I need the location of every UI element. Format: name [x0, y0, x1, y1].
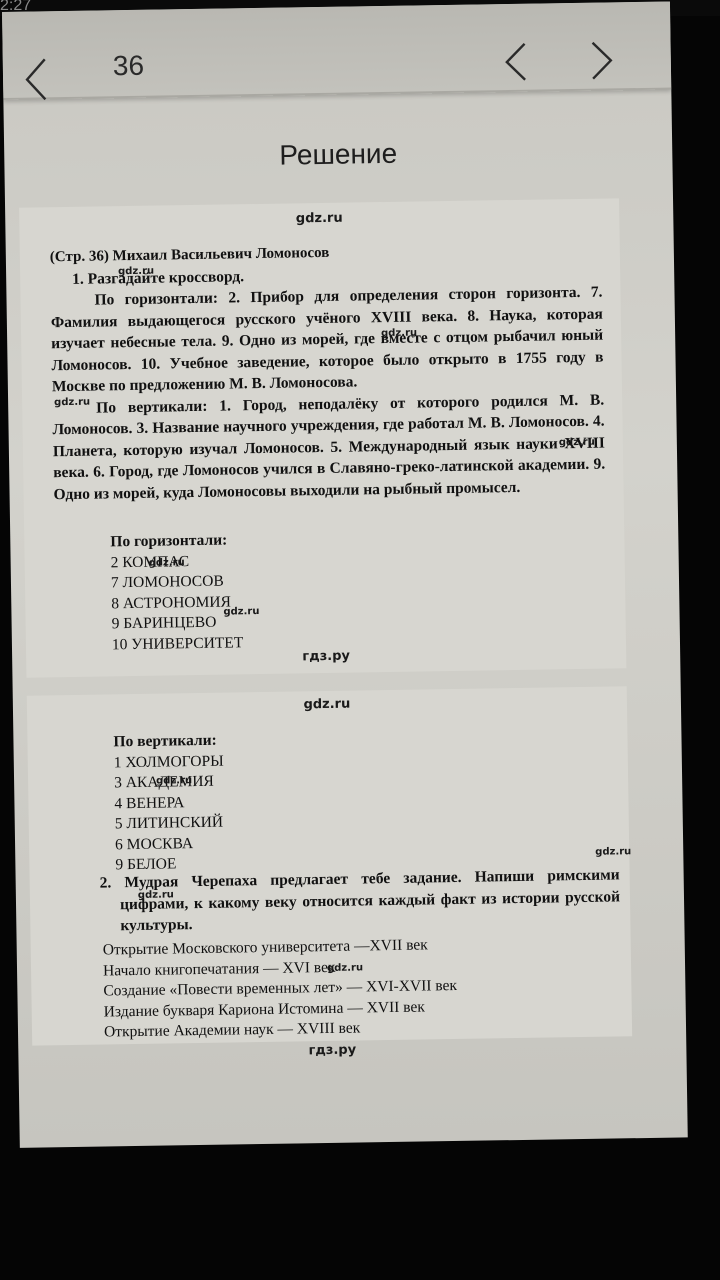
answer-item: 6 МОСКВА	[115, 833, 225, 855]
watermark-inline: gdz.ru	[156, 775, 192, 787]
watermark-inline: gdz.ru	[559, 437, 595, 449]
culture-facts: Открытие Московского университета —XVII …	[103, 935, 458, 1043]
page-number: 36	[113, 50, 145, 82]
watermark-top: gdz.ru	[19, 206, 619, 230]
answer-item: 7 ЛОМОНОСОВ	[111, 571, 243, 594]
answer-item: 4 ВЕНЕРА	[114, 792, 224, 814]
task-2-text: 2. Мудрая Черепаха предлагает тебе задан…	[100, 864, 621, 937]
watermark-inline: gdz.ru	[118, 266, 154, 278]
watermark-top: gdz.ru	[27, 692, 627, 716]
fact-item: Открытие Академии наук — XVIII век	[104, 1017, 458, 1043]
vertical-clues: По вертикали: 1. Город, неподалёку от ко…	[52, 389, 606, 505]
solution-image-1: gdz.ru (Стр. 36) Михаил Васильевич Ломон…	[19, 198, 626, 677]
chevron-left-icon	[496, 38, 537, 87]
answer-item: 1 ХОЛМОГОРЫ	[114, 751, 224, 773]
watermark-inline: gdz.ru	[138, 889, 174, 901]
section1-text: (Стр. 36) Михаил Васильевич Ломоносов 1.…	[50, 239, 606, 506]
watermark-inline: gdz.ru	[149, 557, 185, 569]
chevron-left-icon	[17, 55, 58, 104]
next-page-button[interactable]	[580, 36, 621, 85]
answer-item: 5 ЛИТИНСКИЙ	[115, 813, 225, 835]
app-bar: 36	[2, 2, 671, 100]
chevron-right-icon	[580, 36, 621, 85]
watermark-inline: gdz.ru	[381, 328, 417, 340]
solution-image-2: gdz.ru По вертикали: 1 ХОЛМОГОРЫ 3 АКАДЕ…	[27, 686, 632, 1045]
page-title: Решение	[4, 133, 672, 175]
vertical-answers: По вертикали: 1 ХОЛМОГОРЫ 3 АКАДЕМИЯ 4 В…	[113, 731, 225, 876]
horizontal-clues: По горизонтали: 2. Прибор для определени…	[50, 282, 604, 398]
reader-screen: 36 Решение gdz.ru (Стр. 36) Михаил Васил…	[2, 2, 688, 1148]
watermark-inline: gdz.ru	[223, 606, 259, 618]
back-button[interactable]	[17, 55, 58, 104]
vertical-answers-title: По вертикали:	[113, 731, 223, 753]
watermark-inline: gdz.ru	[54, 397, 90, 409]
watermark-inline: gdz.ru	[595, 846, 631, 858]
watermark-inline: gdz.ru	[327, 962, 363, 974]
prev-page-button[interactable]	[496, 38, 537, 87]
horizontal-answers: По горизонтали: 2 КОМПАС 7 ЛОМОНОСОВ 8 А…	[110, 530, 243, 655]
horizontal-answers-title: По горизонтали:	[110, 530, 242, 553]
